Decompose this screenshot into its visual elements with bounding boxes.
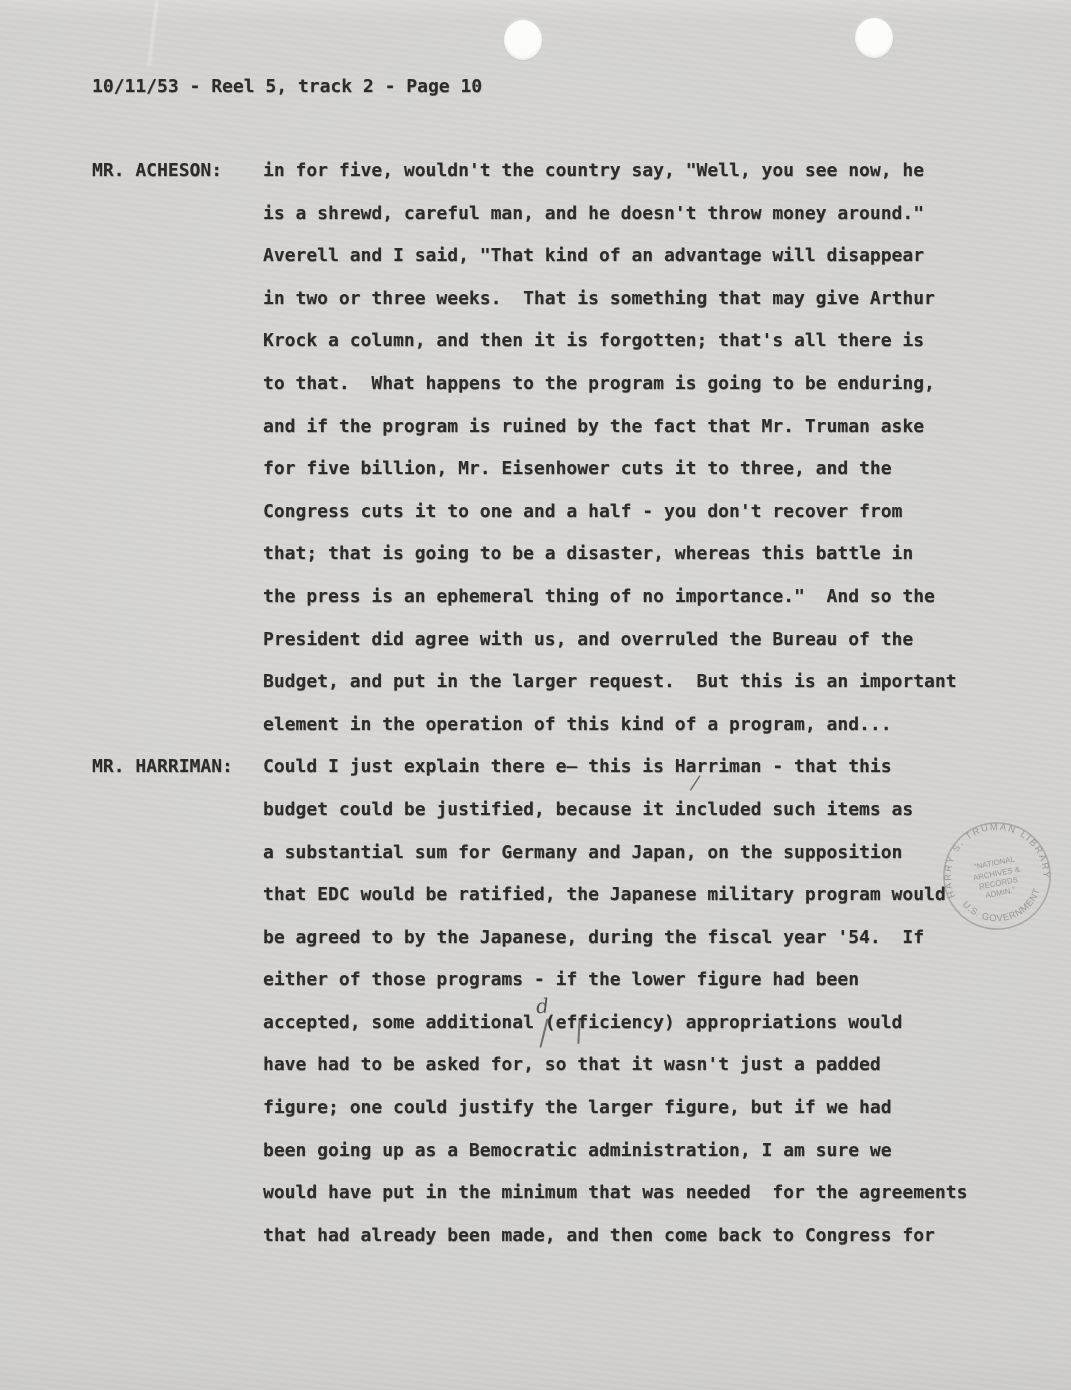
- line-text: Congress cuts it to one and a half - you…: [263, 501, 902, 523]
- transcript-line: to that. What happens to the program is …: [92, 365, 1032, 408]
- line-text: that; that is going to be a disaster, wh…: [263, 543, 913, 565]
- transcript-line: accepted, some additional (efficiency) a…: [92, 1004, 1032, 1047]
- transcript-line: figure; one could justify the larger fig…: [92, 1089, 1032, 1132]
- transcript-line: either of those programs - if the lower …: [92, 961, 1032, 1004]
- transcript-line: that EDC would be ratified, the Japanese…: [92, 876, 1032, 919]
- transcript-line: Krock a column, and then it is forgotten…: [92, 322, 1032, 365]
- truman-library-stamp: HARRY S. TRUMAN LIBRARY U.S. GOVERNMENT …: [928, 807, 1066, 945]
- transcript-line: Budget, and put in the larger request. B…: [92, 663, 1032, 706]
- line-text: in for five, wouldn't the country say, "…: [263, 160, 924, 182]
- line-text: Could I just explain there e̶ this is Ha…: [263, 756, 892, 778]
- line-text: is a shrewd, careful man, and he doesn't…: [263, 203, 924, 225]
- line-text: would have put in the minimum that was n…: [263, 1182, 967, 1204]
- paper-crease: [148, 0, 158, 66]
- transcript-line: the press is an ephemeral thing of no im…: [92, 578, 1032, 621]
- line-text: that had already been made, and then com…: [263, 1225, 935, 1247]
- line-text: accepted, some additional (efficiency) a…: [263, 1012, 902, 1034]
- transcript-line: MR. HARRIMAN: Could I just explain there…: [92, 748, 1032, 791]
- transcript-line: that had already been made, and then com…: [92, 1217, 1032, 1260]
- transcript-line: a substantial sum for Germany and Japan,…: [92, 834, 1032, 877]
- line-text: figure; one could justify the larger fig…: [263, 1097, 892, 1119]
- page-header: 10/11/53 - Reel 5, track 2 - Page 10: [92, 76, 482, 97]
- line-text: a substantial sum for Germany and Japan,…: [263, 842, 902, 864]
- punch-hole-left: [504, 20, 542, 60]
- transcript-line: is a shrewd, careful man, and he doesn't…: [92, 195, 1032, 238]
- transcript-line: would have put in the minimum that was n…: [92, 1174, 1032, 1217]
- transcript-line: in two or three weeks. That is something…: [92, 280, 1032, 323]
- line-text: and if the program is ruined by the fact…: [263, 416, 924, 438]
- transcript-line: Averell and I said, "That kind of an adv…: [92, 237, 1032, 280]
- speaker-label: MR. ACHESON:: [92, 160, 222, 182]
- speaker-label: MR. HARRIMAN:: [92, 756, 233, 778]
- transcript-line: for five billion, Mr. Eisenhower cuts it…: [92, 450, 1032, 493]
- line-text: in two or three weeks. That is something…: [263, 288, 935, 310]
- line-text: either of those programs - if the lower …: [263, 969, 859, 991]
- transcript: MR. ACHESON: in for five, wouldn't the c…: [92, 152, 1032, 1259]
- line-text: that EDC would be ratified, the Japanese…: [263, 884, 946, 906]
- line-text: to that. What happens to the program is …: [263, 373, 935, 395]
- document-page: 10/11/53 - Reel 5, track 2 - Page 10 MR.…: [0, 0, 1071, 1390]
- line-text: Budget, and put in the larger request. B…: [263, 671, 957, 693]
- line-text: have had to be asked for, so that it was…: [263, 1054, 881, 1076]
- transcript-line: Congress cuts it to one and a half - you…: [92, 493, 1032, 536]
- line-text: Averell and I said, "That kind of an adv…: [263, 245, 924, 267]
- punch-hole-right: [855, 18, 893, 58]
- line-text: been going up as a Bemocratic administra…: [263, 1140, 892, 1162]
- line-text: element in the operation of this kind of…: [263, 714, 892, 736]
- line-text: budget could be justified, because it in…: [263, 799, 913, 821]
- transcript-line: that; that is going to be a disaster, wh…: [92, 535, 1032, 578]
- transcript-line: MR. ACHESON: in for five, wouldn't the c…: [92, 152, 1032, 195]
- transcript-line: budget could be justified, because it in…: [92, 791, 1032, 834]
- transcript-line: and if the program is ruined by the fact…: [92, 408, 1032, 451]
- line-text: for five billion, Mr. Eisenhower cuts it…: [263, 458, 892, 480]
- line-text: be agreed to by the Japanese, during the…: [263, 927, 924, 949]
- transcript-line: have had to be asked for, so that it was…: [92, 1046, 1032, 1089]
- transcript-line: been going up as a Bemocratic administra…: [92, 1132, 1032, 1175]
- transcript-line: element in the operation of this kind of…: [92, 706, 1032, 749]
- transcript-line: be agreed to by the Japanese, during the…: [92, 919, 1032, 962]
- line-text: President did agree with us, and overrul…: [263, 629, 913, 651]
- line-text: the press is an ephemeral thing of no im…: [263, 586, 935, 608]
- handwritten-d-annotation: d: [535, 994, 549, 1019]
- transcript-line: President did agree with us, and overrul…: [92, 621, 1032, 664]
- line-text: Krock a column, and then it is forgotten…: [263, 330, 924, 352]
